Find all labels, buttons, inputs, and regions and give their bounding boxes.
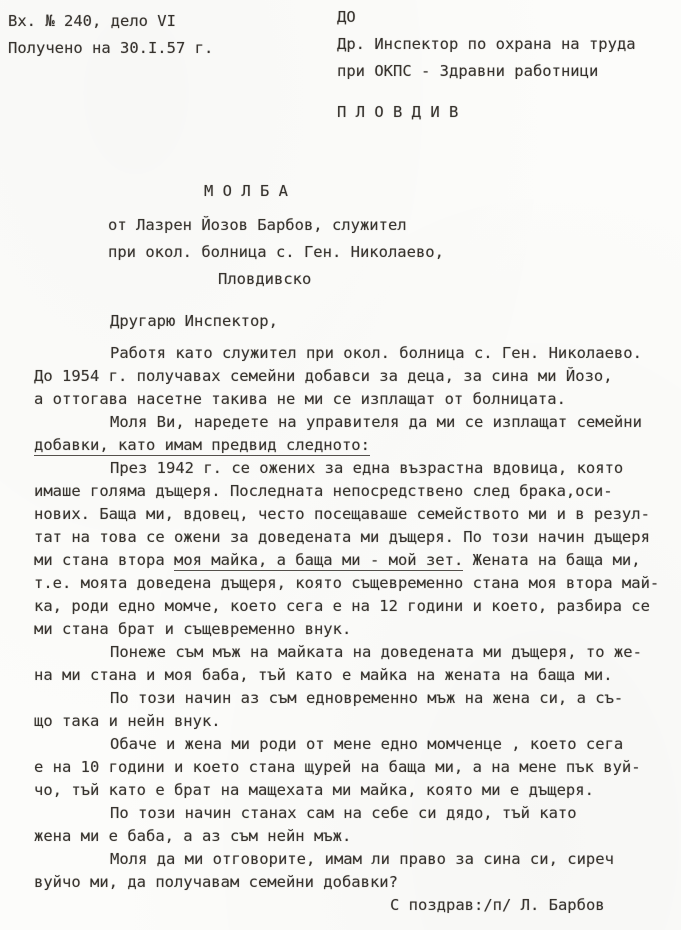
addressee-city: П Л О В Д И В (337, 99, 636, 126)
text-segment: По този начин аз съм едновременно мъж на… (110, 689, 623, 707)
body-line: нових. Баща ми, вдовец, често посещаваше… (34, 503, 674, 526)
text-segment: По този начин станах сам на себе си дядо… (110, 804, 577, 822)
text-segment: Обаче и жена ми роди от мене едно момчен… (110, 735, 623, 753)
body-line: Моля Ви, наредете на управителя да ми се… (34, 411, 674, 434)
signature: С поздрав:/п/ Л. Барбов (390, 896, 605, 914)
text-segment: ми стана брат и същевременно внук. (34, 620, 351, 638)
text-segment: нових. Баща ми, вдовец, често посещаваше… (34, 505, 650, 523)
body-line: добавки, като имам предвид следното: (34, 434, 674, 457)
sender-line: при окол. болница с. Ген. Николаево, (108, 239, 444, 266)
addressee-line: Др. Инспектор по охрана на труда (337, 31, 636, 58)
text-segment: ми стана втора (34, 551, 174, 569)
body-line: Работя като служител при окол. болница с… (34, 342, 674, 365)
text-segment: тат на това се ожени за доведената ми дъ… (34, 528, 650, 546)
addressee-to: ДО (337, 4, 636, 31)
sender-line: от Лазрен Йозов Барбов, служител (108, 212, 444, 239)
text-segment: вуйчо ми, да получавам семейни добавки? (34, 873, 398, 891)
text-segment: т.е. моята доведена дъщеря, която същевр… (34, 574, 659, 592)
letter-title: М О Л Б А (204, 182, 288, 200)
text-segment: имаше голяма дъщеря. Последната непосред… (34, 482, 613, 500)
text-segment: що така и нейн внук. (34, 712, 221, 730)
body-line: т.е. моята доведена дъщеря, която същевр… (34, 572, 674, 595)
salutation: Другарю Инспектор, (34, 310, 674, 333)
letter-body: Другарю Инспектор, Работя като служител … (34, 310, 674, 894)
text-segment: Понеже съм мъж на майката на доведената … (110, 643, 642, 661)
body-line: е на 10 години и което стана щурей на ба… (34, 756, 674, 779)
text-segment: Моля да ми отговорите, имам ли право за … (110, 850, 614, 868)
text-segment: През 1942 г. се ожених за една възрастна… (110, 459, 623, 477)
body-line: що така и нейн внук. (34, 710, 674, 733)
body-line: чо, тъй като е брат на мащехата ми майка… (34, 779, 674, 802)
body-line: на ми стана и моя баба, тъй като е майка… (34, 664, 674, 687)
text-segment: добавки, като имам предвид следното: (34, 436, 370, 456)
body-line: Обаче и жена ми роди от мене едно момчен… (34, 733, 674, 756)
body-line: През 1942 г. се ожених за една възрастна… (34, 457, 674, 480)
body-line: ка, роди едно момче, което сега е на 12 … (34, 595, 674, 618)
text-segment: Работя като служител при окол. болница с… (110, 344, 642, 362)
body-line: По този начин аз съм едновременно мъж на… (34, 687, 674, 710)
text-segment: на ми стана и моя баба, тъй като е майка… (34, 666, 613, 684)
registry-stamp: Вх. № 240, дело VI Получено на 30.I.57 г… (8, 8, 213, 62)
body-line: По този начин станах сам на себе си дядо… (34, 802, 674, 825)
text-segment: е на 10 години и което стана щурей на ба… (34, 758, 641, 776)
body-line: вуйчо ми, да получавам семейни добавки? (34, 871, 674, 894)
body-line: Понеже съм мъж на майката на доведената … (34, 641, 674, 664)
body-line: а оттогава насетне такива не ми се изпла… (34, 388, 674, 411)
text-segment: жена ми е баба, а аз съм нейн мъж. (34, 827, 351, 845)
text-segment: моя майка, а баща ми - мой зет. (174, 551, 463, 571)
text-segment: До 1954 г. получавах семейни добавси за … (34, 367, 613, 385)
body-line: тат на това се ожени за доведената ми дъ… (34, 526, 674, 549)
text-segment: Жената на баща ми, (463, 551, 640, 569)
registry-number: Вх. № 240, дело VI (8, 8, 213, 35)
body-line: имаше голяма дъщеря. Последната непосред… (34, 480, 674, 503)
body-line: ми стана втора моя майка, а баща ми - мо… (34, 549, 674, 572)
scanned-letter-page: Вх. № 240, дело VI Получено на 30.I.57 г… (0, 0, 681, 930)
received-date: Получено на 30.I.57 г. (8, 35, 213, 62)
sender-line: Пловдивско (108, 266, 444, 293)
sender-block: от Лазрен Йозов Барбов, служител при око… (108, 212, 444, 293)
addressee-line: при ОКПС - Здравни работници (337, 58, 636, 85)
text-segment: чо, тъй като е брат на мащехата ми майка… (34, 781, 594, 799)
text-segment: а оттогава насетне такива не ми се изпла… (34, 390, 566, 408)
body-line: жена ми е баба, а аз съм нейн мъж. (34, 825, 674, 848)
text-segment: ка, роди едно момче, което сега е на 12 … (34, 597, 650, 615)
text-segment: Моля Ви, наредете на управителя да ми се… (110, 413, 642, 431)
body-line: ми стана брат и същевременно внук. (34, 618, 674, 641)
body-line: Моля да ми отговорите, имам ли право за … (34, 848, 674, 871)
body-line: До 1954 г. получавах семейни добавси за … (34, 365, 674, 388)
addressee-block: ДО Др. Инспектор по охрана на труда при … (337, 4, 636, 126)
